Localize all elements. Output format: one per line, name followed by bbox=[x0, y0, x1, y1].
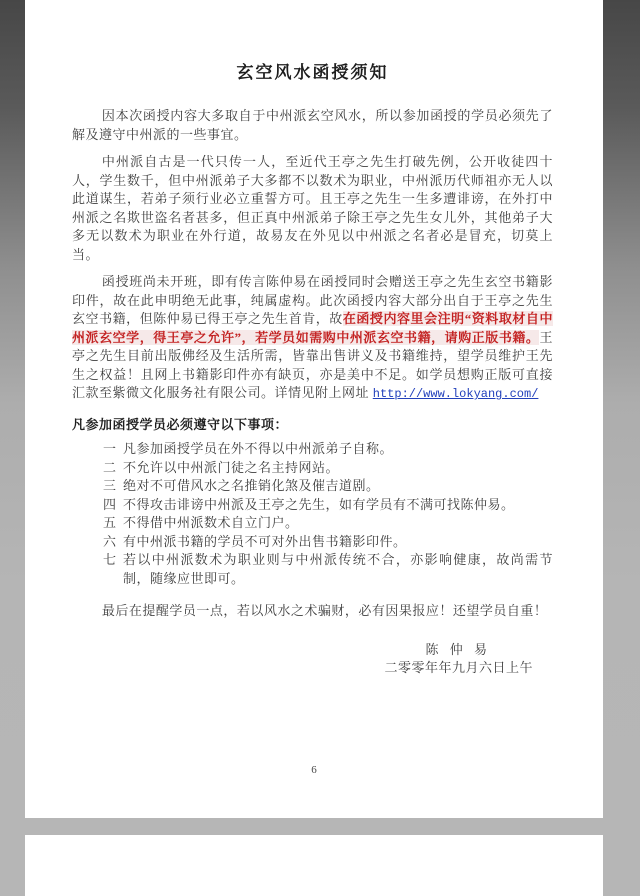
paragraph-copyright: 函授班尚未开班，即有传言陈仲易在函授同时会赠送王亭之先生玄空书籍影印件，故在此申… bbox=[72, 273, 553, 404]
signature-name: 陈 仲 易 bbox=[72, 641, 553, 659]
document-page-7-top bbox=[25, 835, 603, 896]
paragraph-intro: 因本次函授内容大多取自于中州派玄空风水，所以参加函授的学员必须先了解及遵守中州派… bbox=[72, 107, 553, 144]
signature-date: 二零零年年九月六日上午 bbox=[72, 659, 553, 677]
rule-number: 一 bbox=[103, 440, 123, 459]
rule-text: 不允许以中州派门徒之名主持网站。 bbox=[123, 459, 553, 478]
rule-number: 四 bbox=[103, 496, 123, 515]
rule-number: 二 bbox=[103, 459, 123, 478]
document-page-6: 玄空风水函授须知 因本次函授内容大多取自于中州派玄空风水，所以参加函授的学员必须… bbox=[25, 0, 603, 818]
rule-text: 若以中州派数术为职业则与中州派传统不合，亦影响健康，故尚需节制，随缘应世即可。 bbox=[123, 551, 553, 588]
rules-list: 一 凡参加函授学员在外不得以中州派弟子自称。 二 不允许以中州派门徒之名主持网站… bbox=[103, 440, 553, 588]
rule-text: 有中州派书籍的学员不可对外出售书籍影印件。 bbox=[123, 533, 553, 552]
rules-heading: 凡参加函授学员必须遵守以下事项： bbox=[72, 416, 553, 435]
rule-item-5: 五 不得借中州派数术自立门户。 bbox=[103, 514, 553, 533]
page-gap bbox=[0, 818, 640, 835]
rule-text: 不得借中州派数术自立门户。 bbox=[123, 514, 553, 533]
rule-number: 五 bbox=[103, 514, 123, 533]
rule-number: 六 bbox=[103, 533, 123, 552]
rule-number: 三 bbox=[103, 477, 123, 496]
rule-item-6: 六 有中州派书籍的学员不可对外出售书籍影印件。 bbox=[103, 533, 553, 552]
rule-number: 七 bbox=[103, 551, 123, 588]
document-title: 玄空风水函授须知 bbox=[72, 0, 553, 83]
rule-text: 绝对不可借风水之名推销化煞及催吉道剧。 bbox=[123, 477, 553, 496]
rule-item-2: 二 不允许以中州派门徒之名主持网站。 bbox=[103, 459, 553, 478]
rule-item-4: 四 不得攻击诽谤中州派及王亭之先生，如有学员有不满可找陈仲易。 bbox=[103, 496, 553, 515]
lokyang-url-link[interactable]: http://www.lokyang.com/ bbox=[373, 387, 539, 401]
page-number: 6 bbox=[25, 764, 603, 776]
closing-reminder: 最后在提醒学员一点，若以风水之术骗财，必有因果报应！还望学员自重！ bbox=[72, 602, 553, 621]
rule-item-7: 七 若以中州派数术为职业则与中州派传统不合，亦影响健康，故尚需节制，随缘应世即可… bbox=[103, 551, 553, 588]
rule-text: 不得攻击诽谤中州派及王亭之先生，如有学员有不满可找陈仲易。 bbox=[123, 496, 553, 515]
rule-text: 凡参加函授学员在外不得以中州派弟子自称。 bbox=[123, 440, 553, 459]
pdf-viewer-background: 玄空风水函授须知 因本次函授内容大多取自于中州派玄空风水，所以参加函授的学员必须… bbox=[0, 0, 640, 896]
rule-item-3: 三 绝对不可借风水之名推销化煞及催吉道剧。 bbox=[103, 477, 553, 496]
paragraph-history: 中州派自古是一代只传一人，至近代王亭之先生打破先例，公开收徒四十人，学生数千，但… bbox=[72, 153, 553, 264]
rule-item-1: 一 凡参加函授学员在外不得以中州派弟子自称。 bbox=[103, 440, 553, 459]
signature-block: 陈 仲 易 二零零年年九月六日上午 bbox=[72, 641, 553, 677]
